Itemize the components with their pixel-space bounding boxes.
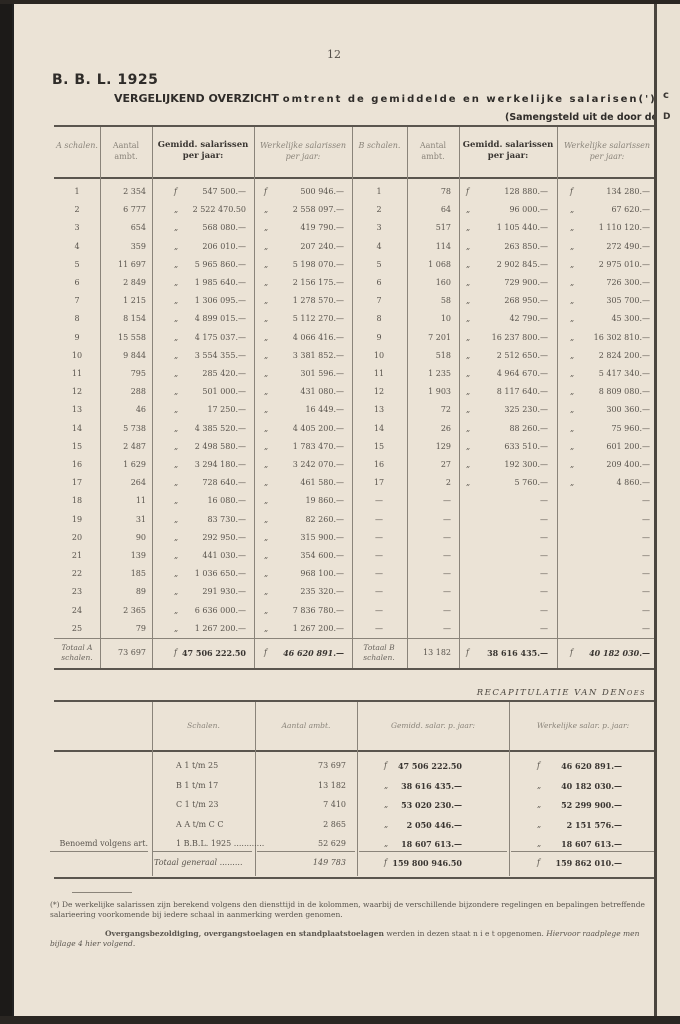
table-cell: 13 (54, 400, 100, 420)
table-cell: 90 (102, 528, 146, 548)
table-cell: 2 354 (102, 182, 146, 202)
recap-top-rule (54, 700, 657, 702)
table-cell: 8 (354, 309, 404, 329)
table-cell: 272 490.— (562, 237, 650, 257)
table-cell: 1 306 095.— (162, 291, 246, 311)
table-cell: 134 280.— (562, 182, 650, 202)
table-cell: 3 242 070.— (264, 455, 344, 475)
table-cell: 633 510.— (462, 437, 548, 457)
page-number: 12 (14, 48, 654, 61)
table-cell: 15 (354, 437, 404, 457)
recap-total-cell: 159 862 010.— (522, 853, 622, 873)
total-cell: Totaal A schalen. (54, 643, 100, 665)
table-cell: 83 730.— (162, 510, 246, 530)
table-cell: 2 824 200.— (562, 346, 650, 366)
table-top-rule (54, 125, 654, 127)
table-cell: 3 554 355.— (162, 346, 246, 366)
next-page-letter: D (663, 112, 670, 122)
table-cell: 5 738 (102, 419, 146, 439)
table-cell: 4 (54, 237, 100, 257)
column-header: Aantal ambt. (407, 140, 459, 162)
table-cell: — (562, 510, 650, 530)
table-cell: 2 365 (102, 601, 146, 621)
table-cell: 14 (354, 419, 404, 439)
table-cell: 1 985 640.— (162, 273, 246, 293)
table-cell: 501 000.— (162, 382, 246, 402)
table-cell: 5 (54, 255, 100, 275)
table-cell: 19 (54, 510, 100, 530)
table-row: 26 777„2 522 470.50„2 558 097.—264„96 00… (14, 200, 654, 220)
table-cell: 1 105 440.— (462, 218, 548, 238)
table-cell: 15 (54, 437, 100, 457)
table-cell: 6 636 000.— (162, 601, 246, 621)
table-cell: 6 (54, 273, 100, 293)
table-row: 12 354f547 500.—f500 946.—178f128 880.—f… (14, 182, 654, 202)
table-cell: 4 860.— (562, 473, 650, 493)
recap-cell: 2 151 576.— (522, 815, 622, 835)
table-row: 152 487„2 498 580.—„1 783 470.—15129„633… (14, 437, 654, 457)
table-cell: 7 836 780.— (264, 601, 344, 621)
table-cell: 75 960.— (562, 419, 650, 439)
table-cell: 729 900.— (462, 273, 548, 293)
column-header: A schalen. (54, 140, 100, 151)
table-cell: 16 302 810.— (562, 328, 650, 348)
table-row: 161 629„3 294 180.—„3 242 070.—1627„192 … (14, 455, 654, 475)
table-cell: — (409, 491, 451, 511)
recap-row: B 1 t/m 1713 182„38 616 435.—„40 182 030… (14, 776, 654, 796)
recap-total-cell: Totaal generaal ......... (154, 853, 254, 873)
table-cell: 2 975 010.— (562, 255, 650, 275)
table-cell: 2 512 650.— (462, 346, 548, 366)
table-cell: 3 (54, 218, 100, 238)
table-cell: — (462, 510, 548, 530)
table-cell: 209 400.— (562, 455, 650, 475)
document-title: B. B. L. 1925 (52, 72, 158, 88)
table-cell: 419 790.— (264, 218, 344, 238)
column-header: Werkelijke salarissen per jaar: (557, 140, 657, 162)
recap-row: A 1 t/m 2573 697f47 506 222.50f46 620 89… (14, 756, 654, 776)
table-cell: 4 405 200.— (264, 419, 344, 439)
table-cell: 4 (354, 237, 404, 257)
table-row: 145 738„4 385 520.—„4 405 200.—1426„88 2… (14, 419, 654, 439)
table-row: 1931„83 730.—„82 260.————— (14, 510, 654, 530)
table-cell: 1 110 120.— (562, 218, 650, 238)
recap-cell: 13 182 (264, 776, 346, 796)
table-cell: 518 (409, 346, 451, 366)
table-cell: 5 965 860.— (162, 255, 246, 275)
table-cell: 128 880.— (462, 182, 548, 202)
table-cell: 8 154 (102, 309, 146, 329)
table-cell: 654 (102, 218, 146, 238)
table-cell: — (409, 528, 451, 548)
table-cell: — (462, 601, 548, 621)
table-cell: 1 215 (102, 291, 146, 311)
table-cell: 16 449.— (264, 400, 344, 420)
table-cell: 15 558 (102, 328, 146, 348)
table-cell: — (562, 546, 650, 566)
table-cell: — (409, 564, 451, 584)
table-row: 17264„728 640.—„461 580.—172„5 760.—„4 8… (14, 473, 654, 493)
table-cell: 8 (54, 309, 100, 329)
table-cell: 2 156 175.— (264, 273, 344, 293)
recap-cell: 2 050 446.— (362, 815, 462, 835)
header-bottom-rule (54, 177, 654, 179)
table-cell: 64 (409, 200, 451, 220)
recap-title: RECAPITULATIE VAN DENOES (477, 688, 646, 698)
table-cell: 5 112 270.— (264, 309, 344, 329)
table-cell: 114 (409, 237, 451, 257)
table-cell: — (562, 601, 650, 621)
table-cell: 268 950.— (462, 291, 548, 311)
table-cell: — (409, 510, 451, 530)
source-note: (Samengsteld uit de door de (505, 112, 658, 123)
column-header: Werkelijke salarissen per jaar: (254, 140, 352, 162)
table-cell: 325 230.— (462, 400, 548, 420)
table-cell: — (409, 546, 451, 566)
table-cell: 9 (354, 328, 404, 348)
table-cell: 2 558 097.— (264, 200, 344, 220)
table-cell: 359 (102, 237, 146, 257)
table-cell: 96 000.— (462, 200, 548, 220)
table-cell: 2 (409, 473, 451, 493)
table-row: 2579„1 267 200.—„1 267 200.————— (14, 619, 654, 639)
table-cell: 27 (409, 455, 451, 475)
column-header: Gemidd. salarissen per jaar: (459, 140, 557, 162)
subtitle-rest: omtrent de gemiddelde en werkelijke sala… (283, 94, 657, 105)
table-cell: 78 (409, 182, 451, 202)
table-row: 1811„16 080.—„19 860.————— (14, 491, 654, 511)
next-page-letter: c (663, 90, 669, 101)
table-cell: 2 498 580.— (162, 437, 246, 457)
table-cell: 12 (54, 382, 100, 402)
table-cell: 2 487 (102, 437, 146, 457)
table-cell: 9 (54, 328, 100, 348)
recap-cell: B 1 t/m 17 (176, 776, 256, 796)
table-cell: 285 420.— (162, 364, 246, 384)
total-cell: 38 616 435.— (462, 643, 548, 663)
recap-column-header: Gemidd. salar. p. jaar: (357, 720, 509, 731)
recap-total-cell: 149 783 (264, 853, 346, 873)
table-cell: 79 (102, 619, 146, 639)
table-cell: 17 250.— (162, 400, 246, 420)
subtitle-bold: VERGELIJKEND OVERZICHT (114, 92, 279, 105)
table-cell: — (409, 619, 451, 639)
total-cell: 40 182 030.— (562, 643, 650, 663)
table-cell: 6 777 (102, 200, 146, 220)
table-cell: 11 697 (102, 255, 146, 275)
column-header: B schalen. (352, 140, 407, 151)
recap-cell (50, 815, 148, 835)
table-cell: 45 300.— (562, 309, 650, 329)
table-cell: 4 964 670.— (462, 364, 548, 384)
table-cell: 2 849 (102, 273, 146, 293)
table-cell: 1 278 570.— (264, 291, 344, 311)
table-cell: 568 080.— (162, 218, 246, 238)
table-cell: 300 360.— (562, 400, 650, 420)
table-cell: — (354, 510, 404, 530)
footnote-2: Overgangsbezoldiging, overgangstoelagen … (50, 929, 654, 949)
table-cell: 192 300.— (462, 455, 548, 475)
recap-cell: 73 697 (264, 756, 346, 776)
table-cell: 726 300.— (562, 273, 650, 293)
recap-cell: C 1 t/m 23 (176, 795, 256, 815)
table-row: 2090„292 950.—„315 900.————— (14, 528, 654, 548)
table-cell: 206 010.— (162, 237, 246, 257)
total-cell: Totaal B schalen. (354, 643, 404, 665)
table-cell: 264 (102, 473, 146, 493)
table-cell: 8 809 080.— (562, 382, 650, 402)
table-row: 2389„291 930.—„235 320.————— (14, 582, 654, 602)
recap-cell: 46 620 891.— (522, 756, 622, 776)
table-cell: 461 580.— (264, 473, 344, 493)
table-row: 11795„285 420.—„301 596.—111 235„4 964 6… (14, 364, 654, 384)
recap-cell: 40 182 030.— (522, 776, 622, 796)
table-cell: 14 (54, 419, 100, 439)
table-cell: 42 790.— (462, 309, 548, 329)
table-cell: 235 320.— (264, 582, 344, 602)
table-cell: 3 381 852.— (264, 346, 344, 366)
table-cell: 288 (102, 382, 146, 402)
table-cell: 547 500.— (162, 182, 246, 202)
table-cell: 441 030.— (162, 546, 246, 566)
table-cell: — (354, 582, 404, 602)
table-cell: 968 100.— (264, 564, 344, 584)
table-cell: — (562, 582, 650, 602)
table-cell: 1 (354, 182, 404, 202)
recap-header-rule (54, 750, 657, 752)
table-cell: 301 596.— (264, 364, 344, 384)
table-cell: 17 (354, 473, 404, 493)
recap-cell: 7 410 (264, 795, 346, 815)
table-cell: 46 (102, 400, 146, 420)
recap-cell: 47 506 222.50 (362, 756, 462, 776)
table-cell: 1 903 (409, 382, 451, 402)
table-cell: — (354, 619, 404, 639)
table-cell: 601 200.— (562, 437, 650, 457)
table-cell: 22 (54, 564, 100, 584)
table-cell: 2 (54, 200, 100, 220)
table-cell: 2 (354, 200, 404, 220)
table-cell: — (562, 528, 650, 548)
recap-total-row: Totaal generaal .........149 783f159 800… (14, 853, 654, 873)
table-cell: 7 (54, 291, 100, 311)
table-cell: — (462, 491, 548, 511)
next-page-edge: c D (654, 4, 680, 1020)
table-cell: 31 (102, 510, 146, 530)
recap-cell: 2 865 (264, 815, 346, 835)
table-cell: 11 (354, 364, 404, 384)
recap-cell: 52 299 900.— (522, 795, 622, 815)
table-cell: 3 (354, 218, 404, 238)
table-cell: 354 600.— (264, 546, 344, 566)
document-subtitle: VERGELIJKEND OVERZICHT omtrent de gemidd… (114, 92, 657, 105)
table-cell: 25 (54, 619, 100, 639)
divider (511, 851, 655, 852)
footnote-divider (72, 892, 132, 893)
table-cell: 89 (102, 582, 146, 602)
totals-row: Totaal A schalen.73 697f47 506 222.50f46… (14, 643, 654, 665)
table-cell: 23 (54, 582, 100, 602)
table-cell: 3 294 180.— (162, 455, 246, 475)
table-cell: — (409, 582, 451, 602)
table-cell: 16 237 800.— (462, 328, 548, 348)
table-cell: 431 080.— (264, 382, 344, 402)
table-cell: 6 (354, 273, 404, 293)
table-cell: — (462, 564, 548, 584)
table-cell: 5 417 340.— (562, 364, 650, 384)
recap-cell: 38 616 435.— (362, 776, 462, 796)
table-cell: — (562, 619, 650, 639)
table-cell: 4 899 015.— (162, 309, 246, 329)
recap-column-header: Werkelijke salar. p. jaar: (509, 720, 657, 731)
table-cell: 16 080.— (162, 491, 246, 511)
table-cell: 2 522 470.50 (162, 200, 246, 220)
table-cell: — (462, 619, 548, 639)
recap-cell: A 1 t/m 25 (176, 756, 256, 776)
recap-cell (50, 795, 148, 815)
table-cell: 139 (102, 546, 146, 566)
table-cell: 1 235 (409, 364, 451, 384)
table-row: 109 844„3 554 355.—„3 381 852.—10518„2 5… (14, 346, 654, 366)
table-cell: — (354, 546, 404, 566)
table-cell: — (562, 564, 650, 584)
table-row: 12288„501 000.—„431 080.—121 903„8 117 6… (14, 382, 654, 402)
table-cell: 517 (409, 218, 451, 238)
table-cell: 292 950.— (162, 528, 246, 548)
table-cell: 315 900.— (264, 528, 344, 548)
recap-cell: A A t/m C C (176, 815, 256, 835)
table-cell: — (409, 601, 451, 621)
table-cell: 4 385 520.— (162, 419, 246, 439)
table-cell: 1 068 (409, 255, 451, 275)
table-cell: 72 (409, 400, 451, 420)
recap-column-header: Schalen. (152, 720, 255, 731)
column-header: Aantal ambt. (100, 140, 152, 162)
table-cell: 11 (54, 364, 100, 384)
table-cell: 1 267 200.— (162, 619, 246, 639)
table-cell: 8 117 640.— (462, 382, 548, 402)
table-cell: 2 902 845.— (462, 255, 548, 275)
divider (257, 851, 355, 852)
table-cell: 1 267 200.— (264, 619, 344, 639)
table-cell: 7 201 (409, 328, 451, 348)
recap-cell: 53 020 230.— (362, 795, 462, 815)
table-row: 22185„1 036 650.—„968 100.————— (14, 564, 654, 584)
table-row: 21139„441 030.—„354 600.————— (14, 546, 654, 566)
table-row: 1346„17 250.—„16 449.—1372„325 230.—„300… (14, 400, 654, 420)
recap-column-header: Aantal ambt. (255, 720, 357, 731)
table-cell: — (462, 528, 548, 548)
table-cell: — (354, 528, 404, 548)
table-cell: 16 (54, 455, 100, 475)
table-cell: — (354, 601, 404, 621)
table-cell: 10 (54, 346, 100, 366)
table-cell: 1 036 650.— (162, 564, 246, 584)
recap-bottom-rule (54, 877, 657, 879)
table-row: 62 849„1 985 640.—„2 156 175.—6160„729 9… (14, 273, 654, 293)
table-cell: — (462, 546, 548, 566)
total-cell: 47 506 222.50 (162, 643, 246, 663)
table-cell: — (354, 564, 404, 584)
table-row: 4359„206 010.—„207 240.—4114„263 850.—„2… (14, 237, 654, 257)
table-cell: 129 (409, 437, 451, 457)
scan-bottom-edge (0, 1016, 680, 1024)
table-cell: 67 620.— (562, 200, 650, 220)
document-page: 12 B. B. L. 1925 VERGELIJKEND OVERZICHT … (12, 4, 654, 1016)
divider (152, 851, 252, 852)
table-cell: 305 700.— (562, 291, 650, 311)
table-cell: 13 (354, 400, 404, 420)
recap-cell (50, 756, 148, 776)
divider (50, 851, 148, 852)
table-row: 511 697„5 965 860.—„5 198 070.—51 068„2 … (14, 255, 654, 275)
recap-cell (50, 776, 148, 796)
table-cell: 500 946.— (264, 182, 344, 202)
table-cell: 12 (354, 382, 404, 402)
table-cell: 5 760.— (462, 473, 548, 493)
total-cell: 46 620 891.— (264, 643, 344, 663)
table-row: 71 215„1 306 095.—„1 278 570.—758„268 95… (14, 291, 654, 311)
total-cell: 73 697 (102, 643, 146, 663)
table-row: 915 558„4 175 037.—„4 066 416.—97 201„16… (14, 328, 654, 348)
table-row: 242 365„6 636 000.—„7 836 780.————— (14, 601, 654, 621)
table-cell: 728 640.— (162, 473, 246, 493)
table-cell: 16 (354, 455, 404, 475)
recap-total-cell: 159 800 946.50 (362, 853, 462, 873)
table-cell: 58 (409, 291, 451, 311)
table-cell: 26 (409, 419, 451, 439)
table-cell: 10 (354, 346, 404, 366)
divider (359, 851, 507, 852)
table-cell: 1 (54, 182, 100, 202)
table-cell: 4 175 037.— (162, 328, 246, 348)
recap-row: A A t/m C C2 865„2 050 446.—„2 151 576.— (14, 815, 654, 835)
table-cell: 19 860.— (264, 491, 344, 511)
table-cell: 4 066 416.— (264, 328, 344, 348)
table-cell: 11 (102, 491, 146, 511)
table-cell: 21 (54, 546, 100, 566)
table-cell: — (562, 491, 650, 511)
table-cell: 7 (354, 291, 404, 311)
total-cell: 13 182 (409, 643, 451, 663)
table-row: 88 154„4 899 015.—„5 112 270.—810„42 790… (14, 309, 654, 329)
footnote-1: (*) De werkelijke salarissen zijn bereke… (50, 900, 654, 920)
table-cell: 1 629 (102, 455, 146, 475)
table-cell: 263 850.— (462, 237, 548, 257)
table-cell: 207 240.— (264, 237, 344, 257)
table-cell: 5 198 070.— (264, 255, 344, 275)
table-cell: 1 783 470.— (264, 437, 344, 457)
table-cell: 82 260.— (264, 510, 344, 530)
table-cell: 160 (409, 273, 451, 293)
recap-row: C 1 t/m 237 410„53 020 230.—„52 299 900.… (14, 795, 654, 815)
table-cell: — (462, 582, 548, 602)
table-cell: 291 930.— (162, 582, 246, 602)
table-cell: 88 260.— (462, 419, 548, 439)
table-cell: 17 (54, 473, 100, 493)
table-cell: — (354, 491, 404, 511)
table-cell: 24 (54, 601, 100, 621)
table-cell: 20 (54, 528, 100, 548)
table-cell: 185 (102, 564, 146, 584)
column-header: Gemidd. salarissen per jaar: (152, 140, 254, 162)
table-cell: 5 (354, 255, 404, 275)
table-row: 3654„568 080.—„419 790.—3517„1 105 440.—… (14, 218, 654, 238)
table-bottom-rule (54, 668, 654, 670)
table-cell: 18 (54, 491, 100, 511)
table-cell: 10 (409, 309, 451, 329)
table-cell: 9 844 (102, 346, 146, 366)
